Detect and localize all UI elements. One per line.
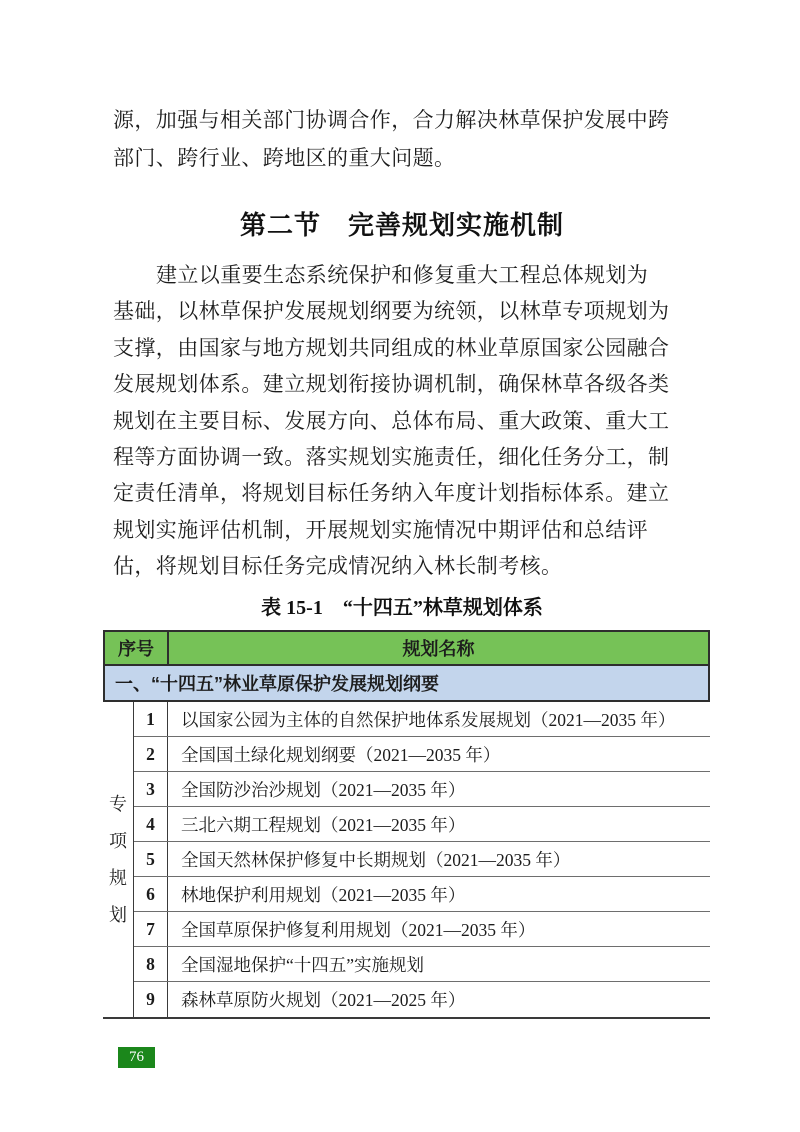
body-paragraph: 建立以重要生态系统保护和修复重大工程总体规划为 基础，以林草保护发展规划纲要为统… (113, 257, 691, 585)
column-header-name: 规划名称 (169, 632, 708, 664)
table-row: 8 全国湿地保护“十四五”实施规划 (134, 947, 710, 982)
paragraph-line: 支撑，由国家与地方规划共同组成的林业草原国家公园融合 (113, 330, 691, 366)
row-number: 6 (134, 877, 168, 911)
side-label: 专项规划 (108, 786, 128, 934)
plan-name: 以国家公园为主体的自然保护地体系发展规划（2021—2035 年） (168, 702, 710, 736)
row-number: 7 (134, 912, 168, 946)
table-rows: 1 以国家公园为主体的自然保护地体系发展规划（2021—2035 年） 2 全国… (134, 702, 710, 1017)
document-page: 源，加强与相关部门协调合作，合力解决林草保护发展中跨 部门、跨行业、跨地区的重大… (0, 0, 800, 1132)
paragraph-line: 源，加强与相关部门协调合作，合力解决林草保护发展中跨 (113, 102, 691, 140)
table-row: 7 全国草原保护修复利用规划（2021—2035 年） (134, 912, 710, 947)
row-number: 4 (134, 807, 168, 841)
table-row: 4 三北六期工程规划（2021—2035 年） (134, 807, 710, 842)
paragraph-line: 基础，以林草保护发展规划纲要为统领，以林草专项规划为 (113, 293, 691, 329)
paragraph-line: 程等方面协调一致。落实规划实施责任，细化任务分工，制 (113, 439, 691, 475)
plan-name: 全国国土绿化规划纲要（2021—2035 年） (168, 737, 710, 771)
table-row: 9 森林草原防火规划（2021—2025 年） (134, 982, 710, 1017)
plan-name: 森林草原防火规划（2021—2025 年） (168, 982, 710, 1017)
plan-name: 全国天然林保护修复中长期规划（2021—2035 年） (168, 842, 710, 876)
row-number: 2 (134, 737, 168, 771)
page-number-badge: 76 (118, 1047, 155, 1068)
intro-paragraph: 源，加强与相关部门协调合作，合力解决林草保护发展中跨 部门、跨行业、跨地区的重大… (113, 102, 691, 177)
table-body: 专项规划 1 以国家公园为主体的自然保护地体系发展规划（2021—2035 年）… (103, 702, 710, 1019)
table-header-row: 序号 规划名称 (103, 630, 710, 666)
paragraph-line: 估，将规划目标任务完成情况纳入林长制考核。 (113, 548, 691, 584)
column-header-index: 序号 (105, 632, 169, 664)
paragraph-line: 规划在主要目标、发展方向、总体布局、重大政策、重大工 (113, 403, 691, 439)
plan-name: 全国湿地保护“十四五”实施规划 (168, 947, 710, 981)
table-row: 2 全国国土绿化规划纲要（2021—2035 年） (134, 737, 710, 772)
side-label-cell: 专项规划 (103, 702, 134, 1017)
plan-name: 全国防沙治沙规划（2021—2035 年） (168, 772, 710, 806)
plan-name: 全国草原保护修复利用规划（2021—2035 年） (168, 912, 710, 946)
row-number: 3 (134, 772, 168, 806)
plan-name: 三北六期工程规划（2021—2035 年） (168, 807, 710, 841)
table-group-row: 一、“十四五”林业草原保护发展规划纲要 (103, 666, 710, 702)
paragraph-line: 部门、跨行业、跨地区的重大问题。 (113, 140, 691, 178)
row-number: 1 (134, 702, 168, 736)
row-number: 9 (134, 982, 168, 1017)
table-row: 5 全国天然林保护修复中长期规划（2021—2035 年） (134, 842, 710, 877)
plan-name: 林地保护利用规划（2021—2035 年） (168, 877, 710, 911)
planning-system-table: 序号 规划名称 一、“十四五”林业草原保护发展规划纲要 专项规划 1 以国家公园… (103, 630, 710, 1019)
paragraph-line: 建立以重要生态系统保护和修复重大工程总体规划为 (113, 257, 691, 293)
row-number: 5 (134, 842, 168, 876)
table-row: 1 以国家公园为主体的自然保护地体系发展规划（2021—2035 年） (134, 702, 710, 737)
paragraph-line: 发展规划体系。建立规划衔接协调机制，确保林草各级各类 (113, 366, 691, 402)
paragraph-line: 规划实施评估机制，开展规划实施情况中期评估和总结评 (113, 512, 691, 548)
row-number: 8 (134, 947, 168, 981)
table-caption: 表 15-1 “十四五”林草规划体系 (113, 595, 691, 621)
table-row: 6 林地保护利用规划（2021—2035 年） (134, 877, 710, 912)
paragraph-line: 定责任清单，将规划目标任务纳入年度计划指标体系。建立 (113, 475, 691, 511)
section-heading: 第二节 完善规划实施机制 (113, 208, 691, 242)
table-row: 3 全国防沙治沙规划（2021—2035 年） (134, 772, 710, 807)
